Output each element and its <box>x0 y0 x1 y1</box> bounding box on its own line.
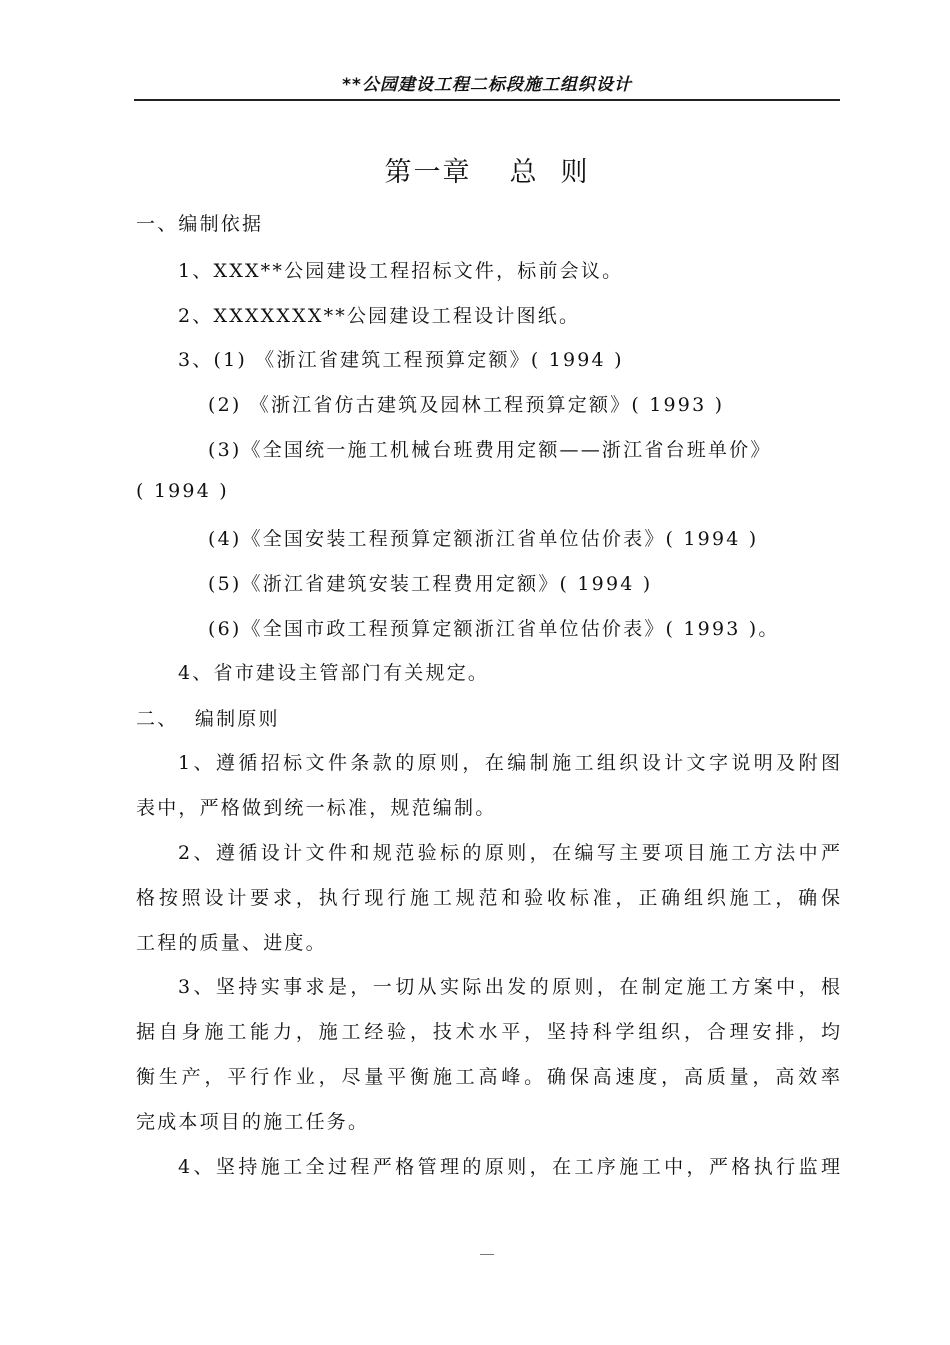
paragraph-line: 格按照设计要求，执行现行施工规范和验收标准，正确组织施工，确保 <box>136 883 840 910</box>
chapter-title: 第一章总则 <box>134 150 840 189</box>
list-item: (3)《全国统一施工机械台班费用定额——浙江省台班单价》 <box>208 435 772 462</box>
paragraph-line: 3、坚持实事求是，一切从实际出发的原则，在制定施工方案中，根 <box>178 972 840 999</box>
paragraph-line: 2、遵循设计文件和规范验标的原则，在编写主要项目施工方法中严 <box>178 838 840 865</box>
list-item: 1、XXX**公园建设工程招标文件，标前会议。 <box>178 256 623 283</box>
paragraph-line: 工程的质量、进度。 <box>136 928 327 955</box>
page-number-marker <box>480 1254 494 1255</box>
header-rule-divider <box>134 99 840 101</box>
paragraph-line: 1、遵循招标文件条款的原则，在编制施工组织设计文字说明及附图 <box>178 748 840 775</box>
list-item: (2) 《浙江省仿古建筑及园林工程预算定额》( 1993 ) <box>208 390 724 417</box>
list-item-continuation: ( 1994 ) <box>136 480 229 502</box>
list-item: 4、省市建设主管部门有关规定。 <box>178 658 489 685</box>
paragraph-line: 4、坚持施工全过程严格管理的原则，在工序施工中，严格执行监理 <box>178 1152 840 1179</box>
list-item: (4)《全国安装工程预算定额浙江省单位估价表》( 1994 ) <box>208 524 758 551</box>
chapter-number: 第一章 <box>385 150 472 189</box>
list-item: (5)《浙江省建筑安装工程费用定额》( 1994 ) <box>208 569 652 596</box>
chapter-title-part1: 总 <box>510 150 539 189</box>
running-header-title: **公园建设工程二标段施工组织设计 <box>134 70 840 95</box>
paragraph-line: 据自身施工能力，施工经验，技术水平，坚持科学组织，合理安排，均 <box>136 1017 840 1044</box>
list-item: (6)《全国市政工程预算定额浙江省单位估价表》( 1993 )。 <box>208 614 780 641</box>
section-heading: 一、编制依据 <box>136 209 263 236</box>
chapter-title-part2: 则 <box>561 150 590 189</box>
paragraph-line: 表中，严格做到统一标准，规范编制。 <box>136 793 496 820</box>
section-heading: 二、 编制原则 <box>136 704 280 731</box>
paragraph-line: 完成本项目的施工任务。 <box>136 1107 369 1134</box>
list-item: 3、(1) 《浙江省建筑工程预算定额》( 1994 ) <box>178 345 624 372</box>
list-item: 2、XXXXXXX**公园建设工程设计图纸。 <box>178 301 580 328</box>
paragraph-line: 衡生产，平行作业，尽量平衡施工高峰。确保高速度，高质量，高效率 <box>136 1062 840 1089</box>
